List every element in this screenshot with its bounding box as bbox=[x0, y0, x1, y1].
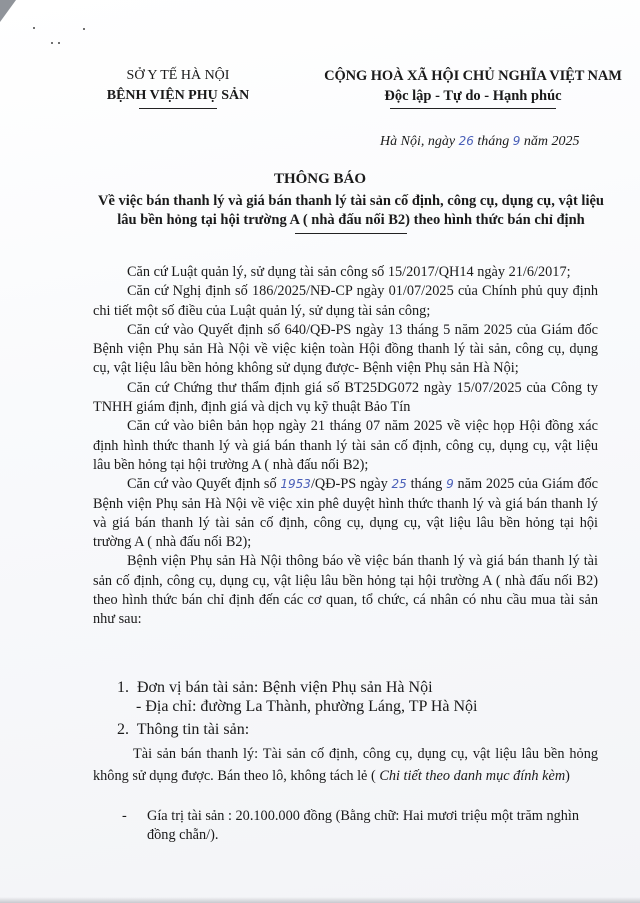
list-item: - Địa chỉ: đường La Thành, phường Láng, … bbox=[136, 698, 477, 716]
document-body: Căn cứ Luật quản lý, sử dụng tài sản côn… bbox=[93, 263, 598, 630]
national-motto: CỘNG HOÀ XÃ HỘI CHỦ NGHĨA VIỆT NAM Độc l… bbox=[318, 66, 628, 109]
underline bbox=[295, 233, 407, 234]
announcement-paragraph: Bệnh viện Phụ sản Hà Nội thông báo về vi… bbox=[93, 552, 598, 629]
handwritten-day: 26 bbox=[459, 134, 474, 148]
handwritten-decision-day: 25 bbox=[392, 477, 407, 491]
asset-description: Tài sản bán thanh lý: Tài sản cố định, c… bbox=[93, 743, 598, 787]
scan-speck bbox=[83, 28, 85, 30]
page-corner-fold bbox=[0, 0, 16, 22]
legal-basis: Căn cứ vào Quyết định số 640/QĐ-PS ngày … bbox=[93, 321, 598, 379]
date-line: Hà Nội, ngày 26 tháng 9 năm 2025 bbox=[380, 134, 580, 150]
parent-agency: SỞ Y TẾ HÀ NỘI bbox=[98, 66, 258, 86]
list-item: 2. Thông tin tài sản: bbox=[117, 721, 249, 739]
legal-basis-decision: Căn cứ vào Quyết định số 1953/QĐ-PS ngày… bbox=[93, 475, 598, 552]
country-name: CỘNG HOÀ XÃ HỘI CHỦ NGHĨA VIỆT NAM bbox=[318, 66, 628, 86]
list-item: 1. Đơn vị bán tài sản: Bệnh viện Phụ sản… bbox=[117, 679, 433, 697]
document-subtitle: Về việc bán thanh lý và giá bán thanh lý… bbox=[92, 192, 610, 234]
asset-value: - Gía trị tài sản : 20.100.000 đồng (Bằn… bbox=[147, 807, 607, 845]
hospital-name: BỆNH VIỆN PHỤ SẢN bbox=[98, 86, 258, 106]
motto: Độc lập - Tự do - Hạnh phúc bbox=[318, 86, 628, 106]
issuing-agency: SỞ Y TẾ HÀ NỘI BỆNH VIỆN PHỤ SẢN bbox=[98, 66, 258, 109]
scan-speck bbox=[51, 42, 53, 44]
scan-edge-shadow bbox=[0, 897, 640, 903]
handwritten-decision-month: 9 bbox=[446, 477, 454, 491]
handwritten-month: 9 bbox=[513, 134, 521, 148]
legal-basis: Căn cứ Chứng thư thẩm định giá số BT25DG… bbox=[93, 379, 598, 418]
legal-basis: Căn cứ Luật quản lý, sử dụng tài sản côn… bbox=[93, 263, 598, 282]
scan-speck bbox=[33, 27, 35, 29]
underline bbox=[139, 108, 217, 109]
legal-basis: Căn cứ vào biên bản họp ngày 21 tháng 07… bbox=[93, 417, 598, 475]
underline bbox=[390, 108, 556, 109]
legal-basis: Căn cứ Nghị định số 186/2025/NĐ-CP ngày … bbox=[93, 282, 598, 321]
document-page: SỞ Y TẾ HÀ NỘI BỆNH VIỆN PHỤ SẢN CỘNG HO… bbox=[0, 0, 640, 903]
scan-speck bbox=[58, 42, 60, 44]
handwritten-decision-number: 1953 bbox=[280, 477, 311, 491]
document-title: THÔNG BÁO bbox=[90, 171, 550, 188]
